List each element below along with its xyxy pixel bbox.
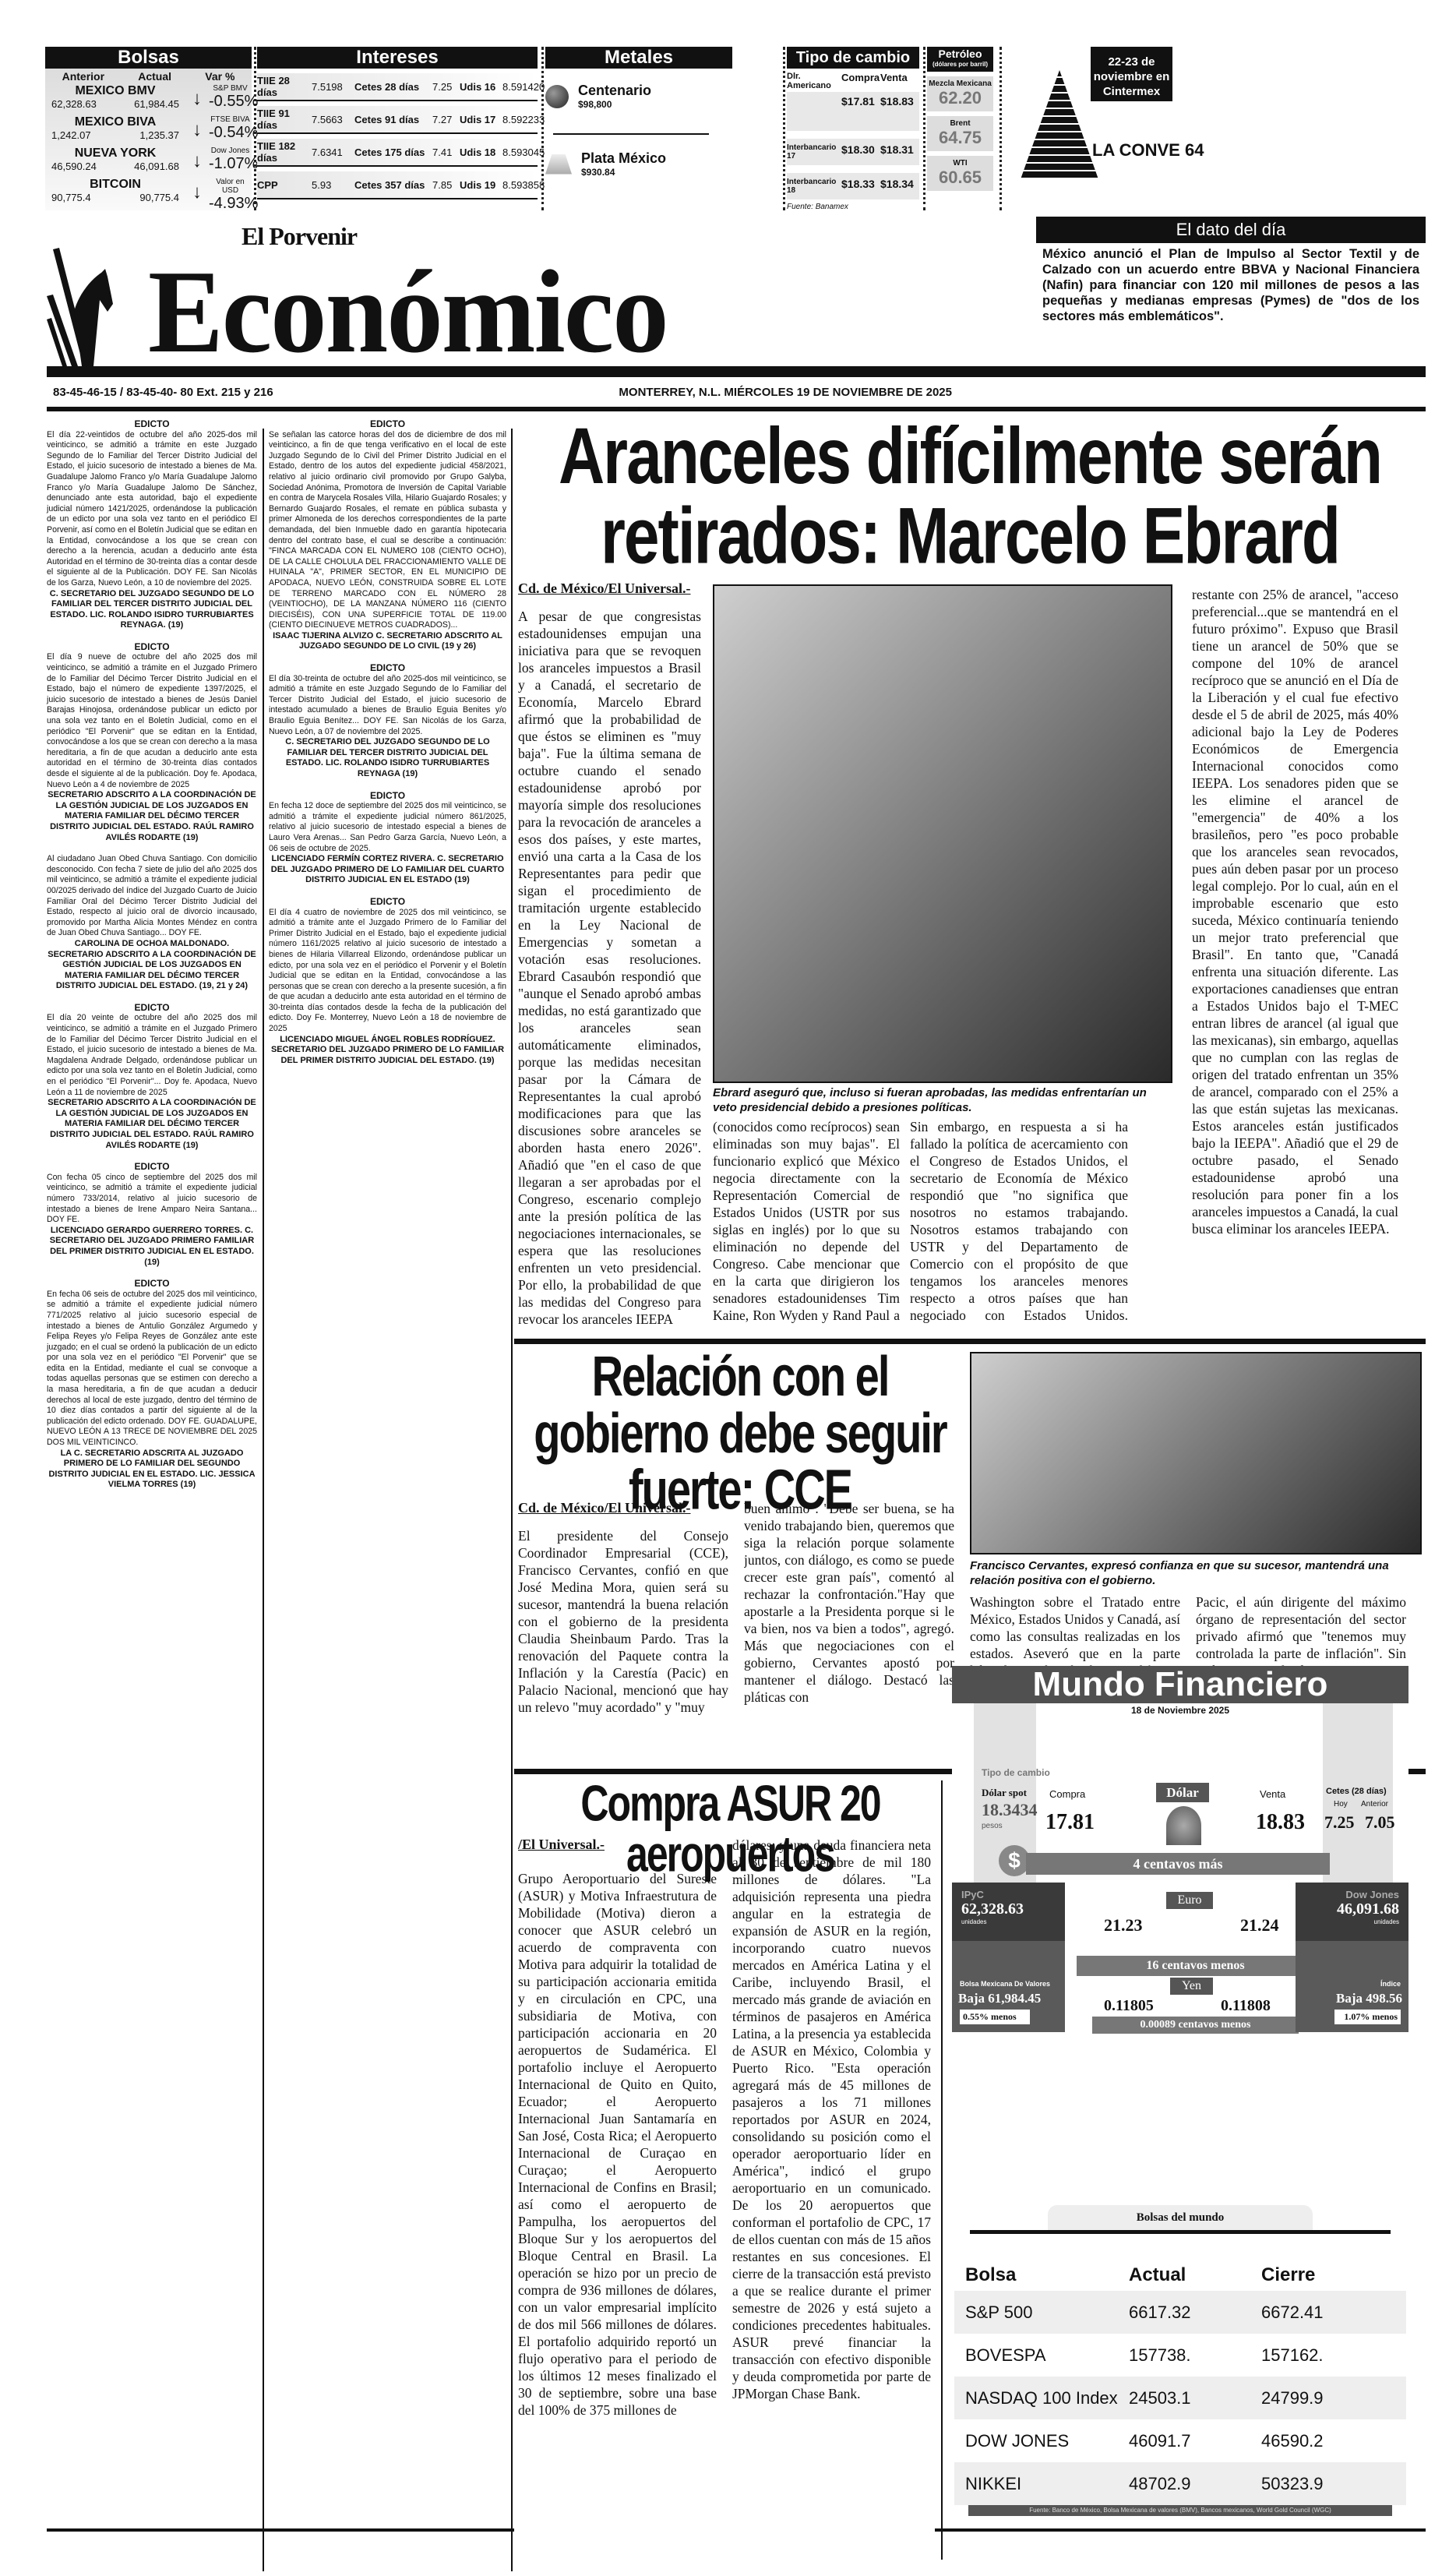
- table-cell: NIKKEI: [965, 2474, 1129, 2494]
- interes-v2: 7.27: [432, 114, 460, 125]
- edicto-title: EDICTO: [47, 1162, 257, 1173]
- edicto-signature: LICENCIADO MIGUEL ÁNGEL ROBLES RODRÍGUEZ…: [269, 1035, 506, 1067]
- interes-v1: 5.93: [312, 179, 354, 191]
- edicto-signature: C. SECRETARIO DEL JUZGADO SEGUNDO DE LO …: [47, 589, 257, 631]
- bolsa-var-pct: -4.93%: [209, 195, 252, 213]
- article2-headline[interactable]: Relación con el gobierno debe seguir fue…: [518, 1348, 962, 1518]
- euro-label: Euro: [1166, 1892, 1213, 1909]
- tc-source: Fuente: Banamex: [787, 203, 919, 211]
- cetes-anterior: 7.05: [1365, 1812, 1395, 1833]
- tc-label: Interbancario 17: [787, 143, 841, 161]
- table-row: DOW JONES46091.746590.2: [954, 2419, 1406, 2462]
- centenario-price: $98,800: [578, 99, 651, 110]
- article2-caption: Francisco Cervantes, expresó confianza e…: [970, 1558, 1422, 1588]
- tc-compra: $18.30: [841, 143, 880, 161]
- dow-pct: 1.07% menos: [1334, 2010, 1401, 2024]
- pyramid-logo-icon: [1021, 70, 1098, 179]
- col-var: Var %: [205, 70, 234, 83]
- table-cell: 48702.9: [1129, 2474, 1261, 2494]
- interes-l2: Cetes 91 días: [354, 114, 432, 125]
- bolsa-name: BITCOIN: [45, 178, 185, 192]
- edicto-block: EDICTOSe señalan las catorce horas del d…: [269, 419, 506, 652]
- ipyc-units: unidades: [961, 1918, 1056, 1925]
- bolsa-actual: 61,984.45: [134, 98, 179, 110]
- mundo-source: Fuente: Banco de México, Bolsa Mexicana …: [968, 2505, 1392, 2516]
- dollar-sign-icon: $: [999, 1845, 1030, 1876]
- bolsa-anterior: 62,328.63: [51, 98, 97, 110]
- dow-baja-label: Baja: [1336, 1991, 1363, 2006]
- edicto-body: El día 30-treinta de octubre del año 202…: [269, 674, 506, 738]
- edicto-signature: LA C. SECRETARIO ADSCRITA AL JUZGADO PRI…: [47, 1449, 257, 1491]
- col-actual: Actual: [138, 70, 171, 83]
- interes-row: TIIE 91 días7.5663Cetes 91 días7.27Udis …: [257, 106, 538, 134]
- bolsa-actual: 1,235.37: [139, 129, 179, 141]
- edicto-signature: SECRETARIO ADSCRITO A LA COORDINACIÓN DE…: [47, 790, 257, 843]
- tc-label: [787, 95, 841, 108]
- bolsa-var: Valor en USD-4.93%: [209, 178, 252, 213]
- article1-col3: Sin embargo, en respuesta a si ha fallad…: [910, 1118, 1128, 1325]
- euro-venta: 21.24: [1240, 1915, 1279, 1936]
- bolsa-row: MEXICO BMV62,328.6361,984.45↓S&P BMV-0.5…: [45, 84, 252, 114]
- article1-caption: Ebrard aseguró que, incluso si fueran ap…: [713, 1085, 1172, 1115]
- bolsa-anterior: 90,775.4: [51, 192, 91, 203]
- dateline-rule: [47, 407, 1426, 411]
- bolsa-row: NUEVA YORK46,590.2446,091.68↓Dow Jones-1…: [45, 146, 252, 176]
- interes-l2: Cetes 175 días: [354, 146, 432, 158]
- petroleo-value: 64.75: [927, 128, 993, 148]
- cce-group-photo: [970, 1352, 1422, 1554]
- coin-icon: [545, 85, 569, 108]
- interes-v1: 7.5198: [312, 81, 354, 93]
- table-cell: 6617.32: [1129, 2303, 1261, 2323]
- article2-col1: El presidente del Consejo Coordinador Em…: [518, 1527, 728, 1757]
- interes-l3: Udis 19: [460, 179, 502, 191]
- bolsa-anterior: 46,590.24: [51, 161, 97, 172]
- bolsas-mundo-title: Bolsas del mundo: [1048, 2205, 1313, 2230]
- tc-venta: $18.31: [880, 143, 915, 161]
- edicto-body: Con fecha 05 cinco de septiembre del 202…: [47, 1173, 257, 1226]
- dato-del-dia: El dato del día México anunció el Plan d…: [1036, 217, 1426, 365]
- euro-change: 16 centavos menos: [1077, 1956, 1314, 1976]
- ipyc-baja: 61,984.45: [988, 1991, 1041, 2006]
- tipo-cambio-panel: Tipo de cambio Dlr. Americano Compra Ven…: [787, 47, 919, 195]
- intereses-panel: Intereses TIIE 28 días7.5198Cetes 28 día…: [257, 47, 538, 210]
- interes-row: TIIE 182 días7.6341Cetes 175 días7.41Udi…: [257, 139, 538, 167]
- edicto-signature: CAROLINA DE OCHOA MALDONADO. SECRETARIO …: [47, 939, 257, 992]
- edicto-body: El día 9 nueve de octubre del año 2025 d…: [47, 652, 257, 790]
- th-actual: Actual: [1129, 2264, 1261, 2286]
- cetes-hoy-label: Hoy: [1334, 1800, 1348, 1808]
- interes-l3: Udis 18: [460, 146, 502, 158]
- bolsa-numbers: 46,590.2446,091.68: [45, 161, 185, 172]
- article1-col2: (conocidos como recíprocos) sean elimina…: [713, 1118, 900, 1325]
- article1-byline: Cd. de México/El Universal.-: [518, 580, 697, 597]
- dow-baja: 498.56: [1366, 1991, 1402, 2006]
- bolsas-mundo-table: Bolsa Actual Cierre S&P 5006617.326672.4…: [954, 2260, 1406, 2516]
- article1-headline[interactable]: Aranceles difícilmente serán retirados: …: [518, 417, 1422, 577]
- dolar-change: 4 centavos más: [1026, 1853, 1330, 1875]
- bolsa-numbers: 62,328.6361,984.45: [45, 98, 185, 110]
- silver-bar-icon: [545, 154, 572, 175]
- dato-title: El dato del día: [1036, 217, 1426, 243]
- edicto-body: Se señalan las catorce horas del dos de …: [269, 430, 506, 631]
- indice-label: Índice: [1296, 1941, 1408, 1988]
- interes-v1: 7.5663: [312, 114, 354, 125]
- bolsa-var: FTSE BIVA-0.54%: [209, 115, 252, 145]
- edicto-block: Al ciudadano Juan Obed Chuva Santiago. C…: [47, 854, 257, 992]
- dow-value: 46,091.68: [1305, 1900, 1399, 1918]
- tipo-cambio-label: Tipo de cambio: [982, 1767, 1050, 1778]
- petroleo-title: Petróleo: [927, 48, 993, 59]
- ipyc-label: IPyC: [961, 1889, 1056, 1900]
- masthead: El Porvenir Económico: [47, 222, 1021, 378]
- bolsa-name: NUEVA YORK: [45, 146, 185, 161]
- dow-units: unidades: [1305, 1918, 1399, 1925]
- yen-change: 0.00089 centavos menos: [1092, 2017, 1299, 2034]
- bolsa-values: MEXICO BIVA1,242.071,235.37: [45, 115, 185, 145]
- bolsas-title: Bolsas: [45, 47, 252, 69]
- horse-logo-icon: [47, 226, 117, 366]
- cetes-label: Cetes (28 días): [1326, 1787, 1387, 1796]
- article2-byline: Cd. de México/El Universal.-: [518, 1500, 728, 1516]
- edicto-signature: ISAAC TIJERINA ALVIZO C. SECRETARIO ADSC…: [269, 631, 506, 652]
- edicto-block: EDICTOCon fecha 05 cinco de septiembre d…: [47, 1162, 257, 1268]
- metales-title: Metales: [545, 47, 732, 69]
- centenario-label: Centenario: [578, 83, 651, 99]
- ebrard-photo: [713, 584, 1172, 1083]
- edicto-title: EDICTO: [269, 419, 506, 430]
- edicto-body: El día 4 cuatro de noviembre de 2025 dos…: [269, 908, 506, 1035]
- edicto-signature: LICENCIADO FERMÍN CORTEZ RIVERA. C. SECR…: [269, 854, 506, 886]
- edicto-title: EDICTO: [269, 663, 506, 674]
- interes-v2: 7.41: [432, 146, 460, 158]
- bolsa-values: MEXICO BMV62,328.6361,984.45: [45, 84, 185, 114]
- petroleo-item: Brent64.75: [927, 116, 993, 151]
- edictos-column-1: EDICTOEl día 22-veintidos de octubre del…: [47, 415, 257, 1501]
- dolar-venta: 18.83: [1256, 1810, 1305, 1835]
- table-row: NIKKEI48702.950323.9: [954, 2462, 1406, 2505]
- interes-row: TIIE 28 días7.5198Cetes 28 días7.25Udis …: [257, 73, 538, 101]
- bolsa-index: Dow Jones: [209, 146, 252, 155]
- hdr-compra: Compra: [841, 72, 880, 90]
- th-cierre: Cierre: [1261, 2264, 1417, 2286]
- bolsa-var: S&P BMV-0.55%: [209, 84, 252, 114]
- th-bolsa: Bolsa: [965, 2264, 1129, 2286]
- conve-name: LA CONVE 64: [1092, 140, 1204, 161]
- petroleo-value: 62.20: [927, 88, 993, 108]
- table-cell: NASDAQ 100 Index: [965, 2388, 1129, 2408]
- petroleo-value: 60.65: [927, 168, 993, 188]
- compra-label: Compra: [1049, 1788, 1085, 1800]
- bolsa-row: MEXICO BIVA1,242.071,235.37↓FTSE BIVA-0.…: [45, 115, 252, 145]
- edicto-block: EDICTOEn fecha 06 seis de octubre del 20…: [47, 1279, 257, 1491]
- table-cell: 157738.: [1129, 2345, 1261, 2366]
- edicto-signature: C. SECRETARIO DEL JUZGADO SEGUNDO DE LO …: [269, 737, 506, 779]
- table-cell: 24503.1: [1129, 2388, 1261, 2408]
- petroleo-name: Mezcla Mexicana: [927, 79, 993, 88]
- edicto-block: EDICTOEn fecha 12 doce de septiembre del…: [269, 791, 506, 886]
- table-cell: 46091.7: [1129, 2431, 1261, 2451]
- mundo-financiero-panel: Mundo Financiero 18 de Noviembre 2025 Ti…: [952, 1666, 1408, 2032]
- edicto-block: EDICTOEl día 22-veintidos de octubre del…: [47, 419, 257, 631]
- edicto-body: En fecha 12 doce de septiembre del 2025 …: [269, 801, 506, 854]
- table-cell: S&P 500: [965, 2303, 1129, 2323]
- edicto-body: Al ciudadano Juan Obed Chuva Santiago. C…: [47, 854, 257, 939]
- down-arrow-icon: ↓: [185, 84, 209, 114]
- article1-col4: restante con 25% de arancel, "acceso pre…: [1192, 586, 1398, 1325]
- bolsa-index: Valor en USD: [209, 178, 252, 195]
- interes-l1: TIIE 28 días: [257, 75, 312, 98]
- bolsa-var: Dow Jones-1.07%: [209, 146, 252, 176]
- tc-venta: $18.34: [880, 178, 915, 195]
- issue-date: MONTERREY, N.L. MIÉRCOLES 19 DE NOVIEMBR…: [619, 386, 952, 399]
- petroleo-item: Mezcla Mexicana62.20: [927, 76, 993, 111]
- venta-label: Venta: [1260, 1788, 1285, 1800]
- table-cell: 157162.: [1261, 2345, 1417, 2366]
- edicto-title: EDICTO: [47, 1003, 257, 1014]
- metales-panel: Metales Centenario $98,800 Plata México …: [545, 47, 779, 210]
- table-row: NASDAQ 100 Index24503.124799.9: [954, 2377, 1406, 2419]
- interes-l2: Cetes 28 días: [354, 81, 432, 93]
- bolsa-row: BITCOIN90,775.490,775.4↓Valor en USD-4.9…: [45, 178, 252, 213]
- hdr-venta: Venta: [880, 72, 915, 90]
- petroleo-name: Brent: [927, 119, 993, 128]
- interes-l1: CPP: [257, 179, 312, 191]
- ipyc-pct: 0.55% menos: [960, 2010, 1030, 2024]
- interes-v2: 7.85: [432, 179, 460, 191]
- interes-l2: Cetes 357 días: [354, 179, 432, 191]
- tc-row: Interbancario 17$18.30$18.31: [787, 139, 919, 165]
- table-cell: 46590.2: [1261, 2431, 1417, 2451]
- article2-col2: buen ánimo". "Debe ser buena, se ha veni…: [744, 1500, 954, 1757]
- cetes-anterior-label: Anterior: [1361, 1800, 1388, 1808]
- yen-venta: 0.11808: [1221, 1997, 1271, 2015]
- edicto-body: El día 22-veintidos de octubre del año 2…: [47, 430, 257, 589]
- petroleo-name: WTI: [927, 159, 993, 168]
- bolsa-index: FTSE BIVA: [209, 115, 252, 124]
- dato-text: México anunció el Plan de Impulso al Sec…: [1036, 243, 1426, 327]
- tc-compra: $18.33: [841, 178, 880, 195]
- tc-label: Interbancario 18: [787, 178, 841, 195]
- hdr-dlr: Dlr. Americano: [787, 72, 841, 90]
- edicto-title: EDICTO: [47, 419, 257, 430]
- dolar-spot-value: 18.3434: [982, 1800, 1038, 1820]
- edicto-block: EDICTOEl día 9 nueve de octubre del año …: [47, 642, 257, 843]
- edicto-block: EDICTOEl día 4 cuatro de noviembre de 20…: [269, 897, 506, 1067]
- down-arrow-icon: ↓: [185, 115, 209, 145]
- dateline: 83-45-46-15 / 83-45-40- 80 Ext. 215 y 21…: [47, 380, 1426, 404]
- table-cell: DOW JONES: [965, 2431, 1129, 2451]
- tipo-cambio-title: Tipo de cambio: [787, 47, 919, 69]
- bolsa-name: MEXICO BMV: [45, 84, 185, 98]
- bmv-label: Bolsa Mexicana De Valores: [952, 1941, 1065, 1988]
- dolar-compra: 17.81: [1045, 1810, 1095, 1835]
- masthead-title: Económico: [148, 253, 668, 372]
- bolsa-index: S&P BMV: [209, 84, 252, 93]
- yen-label: Yen: [1170, 1978, 1213, 1995]
- bolsa-actual: 46,091.68: [134, 161, 179, 172]
- dolar-spot-label: Dólar spot: [982, 1787, 1027, 1799]
- down-arrow-icon: ↓: [185, 178, 209, 213]
- table-cell: 50323.9: [1261, 2474, 1417, 2494]
- ipyc-value: 62,328.63: [961, 1900, 1056, 1918]
- edicto-body: En fecha 06 seis de octubre del 2025 dos…: [47, 1290, 257, 1449]
- interes-v2: 7.25: [432, 81, 460, 93]
- bolsa-var-pct: -0.55%: [209, 93, 252, 111]
- edicto-block: EDICTOEl día 20 veinte de octubre del añ…: [47, 1003, 257, 1151]
- interes-l3: Udis 16: [460, 81, 502, 93]
- bolsa-numbers: 1,242.071,235.37: [45, 129, 185, 141]
- masthead-rule: [47, 366, 1426, 377]
- bolsa-actual: 90,775.4: [139, 192, 179, 203]
- tc-compra: $17.81: [841, 95, 880, 108]
- plata-price: $930.84: [581, 167, 666, 178]
- euro-compra: 21.23: [1104, 1915, 1143, 1936]
- article3-col1: Grupo Aeroportuario del Sureste (ASUR) y…: [518, 1870, 717, 2556]
- bolsa-name: MEXICO BIVA: [45, 115, 185, 129]
- article3-byline: /El Universal.-: [518, 1837, 717, 1853]
- interes-l1: TIIE 182 días: [257, 140, 312, 164]
- table-cell: BOVESPA: [965, 2345, 1129, 2366]
- mundo-date: 18 de Noviembre 2025: [952, 1705, 1408, 1716]
- edicto-title: EDICTO: [269, 897, 506, 908]
- down-arrow-icon: ↓: [185, 146, 209, 176]
- table-cell: 24799.9: [1261, 2388, 1417, 2408]
- conve-date-badge: 22-23 de noviembre en Cintermex: [1091, 47, 1172, 101]
- petroleo-subtitle: (dólares por barril): [927, 59, 993, 70]
- article3-col2: dólares; y una deuda financiera neta al …: [732, 1837, 931, 2556]
- bolsa-values: NUEVA YORK46,590.2446,091.68: [45, 146, 185, 176]
- cetes-hoy: 7.25: [1324, 1812, 1355, 1833]
- edicto-title: EDICTO: [269, 791, 506, 802]
- tc-row: Interbancario 18$18.33$18.34: [787, 173, 919, 199]
- article1-col1: A pesar de que congresistas estadouniden…: [518, 608, 701, 1325]
- phone-numbers: 83-45-46-15 / 83-45-40- 80 Ext. 215 y 21…: [53, 386, 273, 399]
- mundo-title: Mundo Financiero: [952, 1666, 1408, 1703]
- table-cell: 6672.41: [1261, 2303, 1417, 2323]
- interes-row: CPP5.93Cetes 357 días7.85Udis 198.593858: [257, 171, 538, 199]
- edicto-signature: LICENCIADO GERARDO GUERRERO TORRES. C. S…: [47, 1226, 257, 1268]
- petroleo-item: WTI60.65: [927, 156, 993, 191]
- edicto-block: EDICTOEl día 30-treinta de octubre del a…: [269, 663, 506, 780]
- bolsa-anterior: 1,242.07: [51, 129, 91, 141]
- dolar-label: Dólar: [1156, 1783, 1209, 1802]
- interes-l1: TIIE 91 días: [257, 108, 312, 131]
- bolsa-var-pct: -1.07%: [209, 155, 252, 173]
- la-conve-ad[interactable]: 22-23 de noviembre en Cintermex LA CONVE…: [1005, 47, 1449, 210]
- tc-row: $17.81$18.83: [787, 92, 919, 131]
- ipyc-baja-label: Baja: [958, 1991, 985, 2006]
- tc-venta: $18.83: [880, 95, 915, 108]
- yen-compra: 0.11805: [1104, 1997, 1154, 2015]
- table-row: BOVESPA157738.157162.: [954, 2334, 1406, 2377]
- bolsa-values: BITCOIN90,775.490,775.4: [45, 178, 185, 213]
- table-row: S&P 5006617.326672.41: [954, 2291, 1406, 2334]
- interes-l3: Udis 17: [460, 114, 502, 125]
- pesos-label: pesos: [982, 1822, 1003, 1830]
- edictos-column-2: EDICTOSe señalan las catorce horas del d…: [269, 415, 506, 1077]
- edicto-body: El día 20 veinte de octubre del año 2025…: [47, 1013, 257, 1098]
- bolsa-numbers: 90,775.490,775.4: [45, 192, 185, 203]
- petroleo-panel: Petróleo (dólares por barril) Mezcla Mex…: [927, 47, 993, 210]
- interes-v1: 7.6341: [312, 146, 354, 158]
- plata-label: Plata México: [581, 150, 666, 167]
- col-anterior: Anterior: [62, 70, 104, 83]
- dow-label: Dow Jones: [1305, 1889, 1399, 1900]
- bolsa-var-pct: -0.54%: [209, 124, 252, 142]
- intereses-title: Intereses: [257, 47, 538, 69]
- dollar-coin-icon: [1166, 1806, 1201, 1845]
- edicto-title: EDICTO: [47, 642, 257, 653]
- edicto-signature: SECRETARIO ADSCRITO A LA COORDINACIÓN DE…: [47, 1098, 257, 1151]
- bolsas-panel: Bolsas Anterior Actual Var % MEXICO BMV6…: [45, 47, 252, 210]
- edicto-title: EDICTO: [47, 1279, 257, 1290]
